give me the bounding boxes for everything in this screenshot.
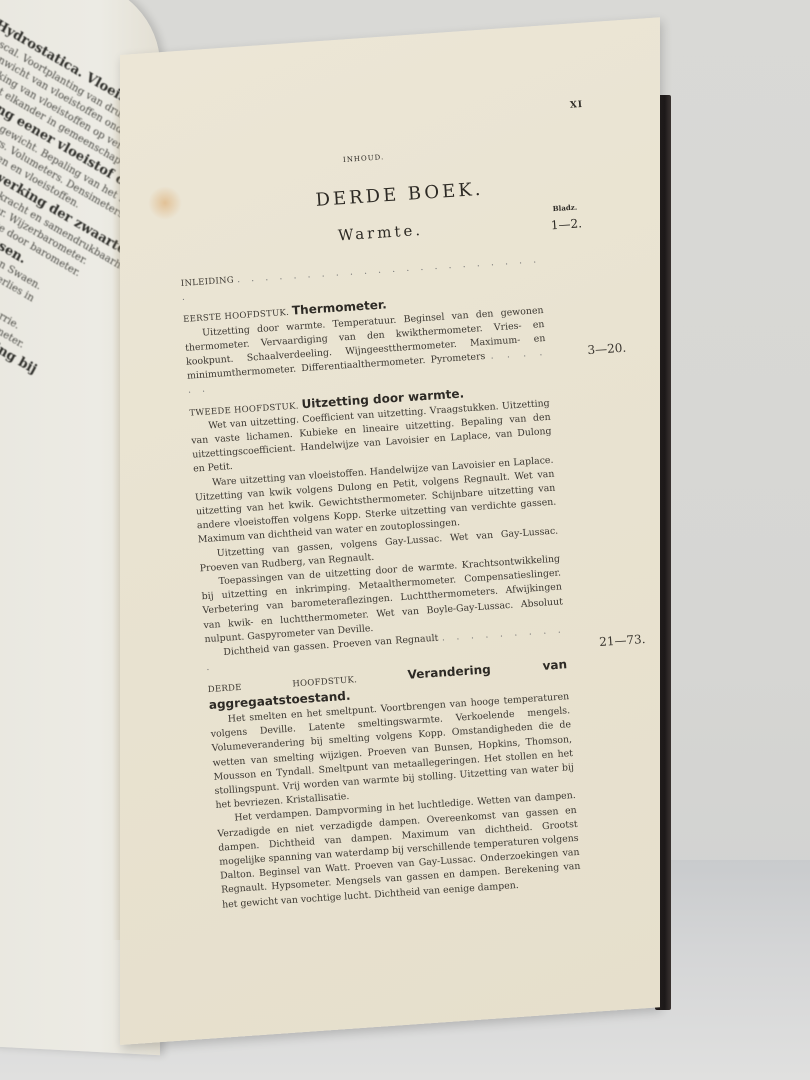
table-of-contents: INLEIDING . . . . . . . . . . . . . . . … <box>180 253 581 912</box>
intro-pages: 1—2. <box>550 216 582 232</box>
page-number: XI <box>570 100 584 111</box>
foxing-stain <box>148 186 182 220</box>
pages-column-header: Bladz. <box>552 203 577 214</box>
intro-label: INLEIDING <box>181 275 235 288</box>
